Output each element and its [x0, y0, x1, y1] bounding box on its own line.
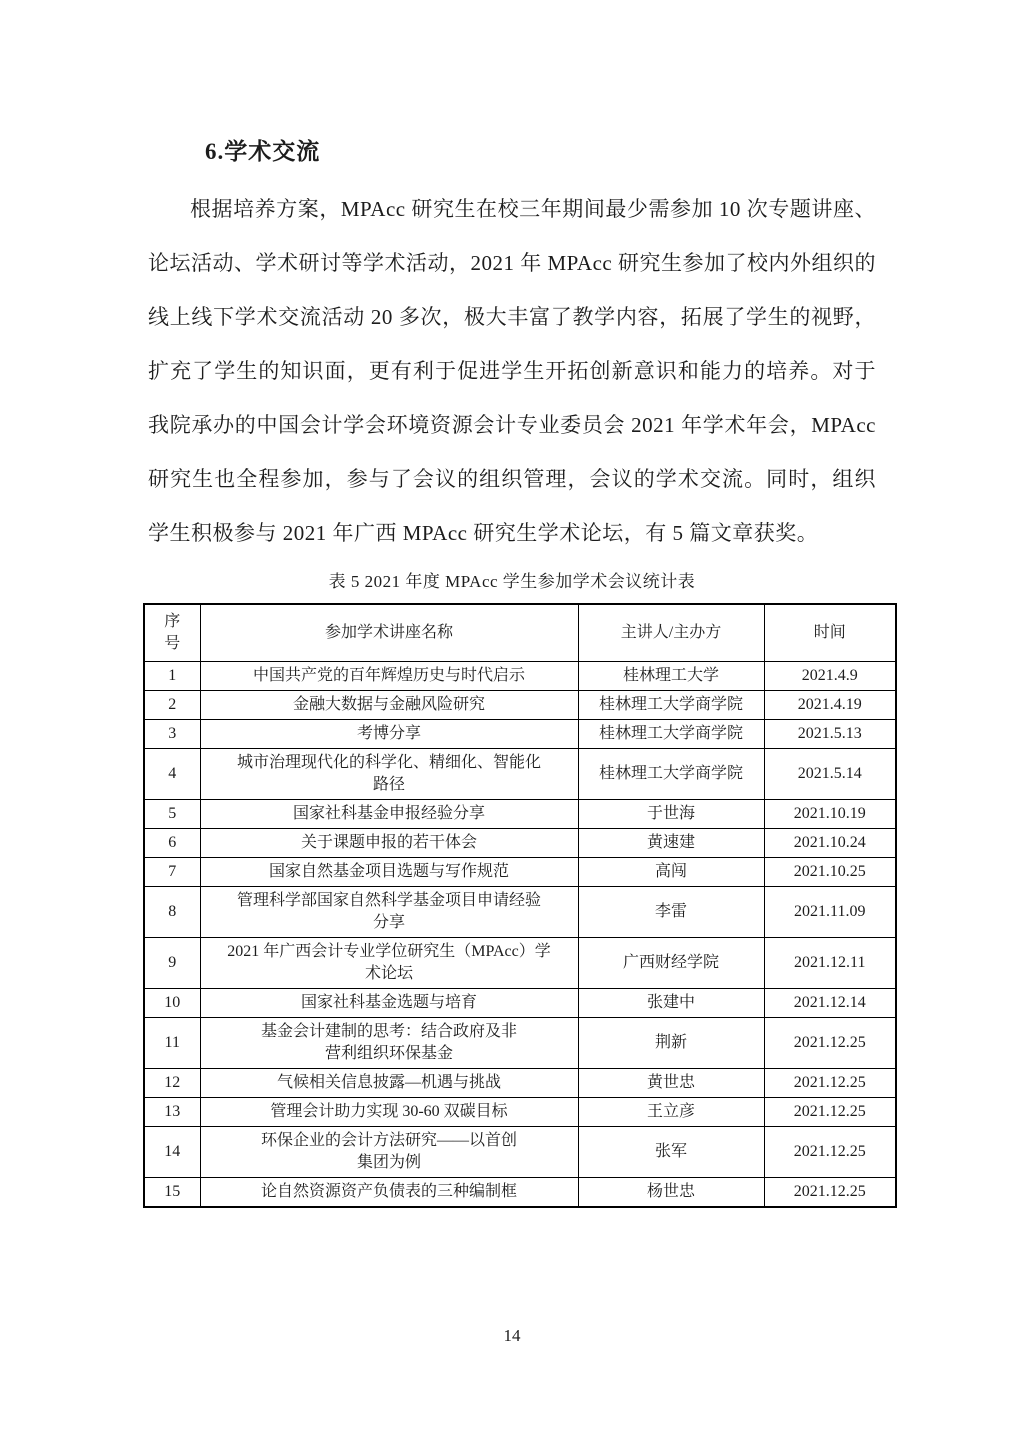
seq-cell: 1 [144, 662, 200, 691]
lecture-name-cell: 国家自然基金项目选题与写作规范 [200, 858, 578, 887]
speaker-cell: 王立彦 [578, 1098, 764, 1127]
lecture-name-cell: 管理会计助力实现 30-60 双碳目标 [200, 1098, 578, 1127]
lecture-name-cell: 金融大数据与金融风险研究 [200, 691, 578, 720]
speaker-cell: 桂林理工大学 [578, 662, 764, 691]
lecture-name-cell: 论自然资源资产负债表的三种编制框 [200, 1178, 578, 1208]
date-cell: 2021.10.25 [764, 858, 896, 887]
seq-cell: 12 [144, 1069, 200, 1098]
table-row: 13管理会计助力实现 30-60 双碳目标王立彦2021.12.25 [144, 1098, 896, 1127]
speaker-cell: 张军 [578, 1127, 764, 1178]
column-header: 主讲人/主办方 [578, 604, 764, 662]
date-cell: 2021.12.25 [764, 1127, 896, 1178]
date-cell: 2021.12.14 [764, 989, 896, 1018]
column-header: 序 号 [144, 604, 200, 662]
table-header-row: 序 号参加学术讲座名称主讲人/主办方时间 [144, 604, 896, 662]
seq-cell: 2 [144, 691, 200, 720]
speaker-cell: 桂林理工大学商学院 [578, 749, 764, 800]
lecture-name-cell: 气候相关信息披露—机遇与挑战 [200, 1069, 578, 1098]
date-cell: 2021.12.11 [764, 938, 896, 989]
table-row: 4城市治理现代化的科学化、精细化、智能化 路径桂林理工大学商学院2021.5.1… [144, 749, 896, 800]
seq-cell: 10 [144, 989, 200, 1018]
speaker-cell: 黄速建 [578, 829, 764, 858]
date-cell: 2021.10.19 [764, 800, 896, 829]
table-row: 15论自然资源资产负债表的三种编制框杨世忠2021.12.25 [144, 1178, 896, 1208]
speaker-cell: 黄世忠 [578, 1069, 764, 1098]
table-row: 6关于课题申报的若干体会黄速建2021.10.24 [144, 829, 896, 858]
speaker-cell: 桂林理工大学商学院 [578, 691, 764, 720]
table-row: 11基金会计建制的思考：结合政府及非 营利组织环保基金荆新2021.12.25 [144, 1018, 896, 1069]
lecture-name-cell: 环保企业的会计方法研究——以首创 集团为例 [200, 1127, 578, 1178]
page-number: 14 [0, 1326, 1024, 1346]
conference-table: 序 号参加学术讲座名称主讲人/主办方时间 1中国共产党的百年辉煌历史与时代启示桂… [143, 603, 897, 1208]
table-row: 92021 年广西会计专业学位研究生（MPAcc）学 术论坛广西财经学院2021… [144, 938, 896, 989]
date-cell: 2021.4.19 [764, 691, 896, 720]
lecture-name-cell: 基金会计建制的思考：结合政府及非 营利组织环保基金 [200, 1018, 578, 1069]
lecture-name-cell: 管理科学部国家自然科学基金项目申请经验 分享 [200, 887, 578, 938]
date-cell: 2021.5.14 [764, 749, 896, 800]
section-heading: 6.学术交流 [148, 133, 876, 166]
date-cell: 2021.4.9 [764, 662, 896, 691]
column-header: 时间 [764, 604, 896, 662]
date-cell: 2021.5.13 [764, 720, 896, 749]
date-cell: 2021.12.25 [764, 1178, 896, 1208]
seq-cell: 9 [144, 938, 200, 989]
date-cell: 2021.12.25 [764, 1069, 896, 1098]
date-cell: 2021.11.09 [764, 887, 896, 938]
date-cell: 2021.12.25 [764, 1018, 896, 1069]
body-paragraph: 根据培养方案，MPAcc 研究生在校三年期间最少需参加 10 次专题讲座、论坛活… [148, 182, 876, 560]
table-row: 2金融大数据与金融风险研究桂林理工大学商学院2021.4.19 [144, 691, 896, 720]
seq-cell: 11 [144, 1018, 200, 1069]
seq-cell: 14 [144, 1127, 200, 1178]
table-row: 8管理科学部国家自然科学基金项目申请经验 分享李雷2021.11.09 [144, 887, 896, 938]
seq-cell: 8 [144, 887, 200, 938]
seq-cell: 13 [144, 1098, 200, 1127]
date-cell: 2021.12.25 [764, 1098, 896, 1127]
lecture-name-cell: 关于课题申报的若干体会 [200, 829, 578, 858]
speaker-cell: 张建中 [578, 989, 764, 1018]
seq-cell: 7 [144, 858, 200, 887]
seq-cell: 15 [144, 1178, 200, 1208]
lecture-name-cell: 2021 年广西会计专业学位研究生（MPAcc）学 术论坛 [200, 938, 578, 989]
column-header: 参加学术讲座名称 [200, 604, 578, 662]
page-content: 6.学术交流 根据培养方案，MPAcc 研究生在校三年期间最少需参加 10 次专… [148, 133, 876, 1208]
date-cell: 2021.10.24 [764, 829, 896, 858]
table-row: 12气候相关信息披露—机遇与挑战黄世忠2021.12.25 [144, 1069, 896, 1098]
seq-cell: 4 [144, 749, 200, 800]
speaker-cell: 高闯 [578, 858, 764, 887]
table-caption: 表 5 2021 年度 MPAcc 学生参加学术会议统计表 [148, 567, 876, 592]
lecture-name-cell: 城市治理现代化的科学化、精细化、智能化 路径 [200, 749, 578, 800]
lecture-name-cell: 国家社科基金选题与培育 [200, 989, 578, 1018]
speaker-cell: 广西财经学院 [578, 938, 764, 989]
seq-cell: 3 [144, 720, 200, 749]
table-row: 5国家社科基金申报经验分享于世海2021.10.19 [144, 800, 896, 829]
lecture-name-cell: 考博分享 [200, 720, 578, 749]
speaker-cell: 荆新 [578, 1018, 764, 1069]
table-row: 3考博分享桂林理工大学商学院2021.5.13 [144, 720, 896, 749]
table-row: 7国家自然基金项目选题与写作规范高闯2021.10.25 [144, 858, 896, 887]
speaker-cell: 桂林理工大学商学院 [578, 720, 764, 749]
table-row: 14环保企业的会计方法研究——以首创 集团为例张军2021.12.25 [144, 1127, 896, 1178]
speaker-cell: 于世海 [578, 800, 764, 829]
table-row: 1中国共产党的百年辉煌历史与时代启示桂林理工大学2021.4.9 [144, 662, 896, 691]
speaker-cell: 李雷 [578, 887, 764, 938]
table-row: 10国家社科基金选题与培育张建中2021.12.14 [144, 989, 896, 1018]
document-page: 6.学术交流 根据培养方案，MPAcc 研究生在校三年期间最少需参加 10 次专… [0, 0, 1024, 1448]
seq-cell: 5 [144, 800, 200, 829]
speaker-cell: 杨世忠 [578, 1178, 764, 1208]
table-body: 1中国共产党的百年辉煌历史与时代启示桂林理工大学2021.4.92金融大数据与金… [144, 662, 896, 1208]
lecture-name-cell: 中国共产党的百年辉煌历史与时代启示 [200, 662, 578, 691]
seq-cell: 6 [144, 829, 200, 858]
lecture-name-cell: 国家社科基金申报经验分享 [200, 800, 578, 829]
